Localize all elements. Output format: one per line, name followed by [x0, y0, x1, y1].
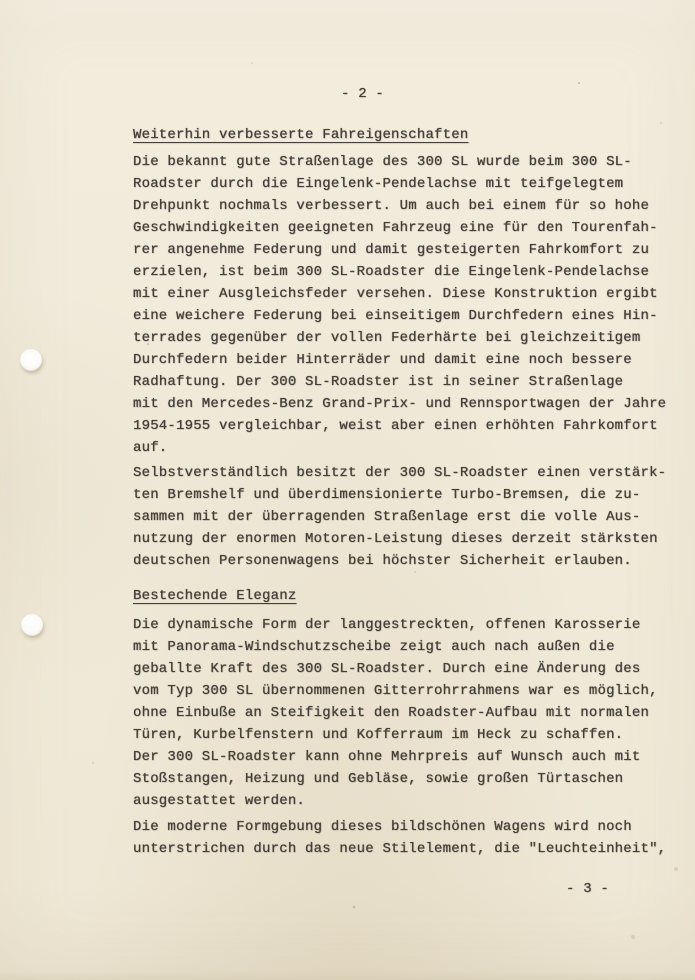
page-number-current: - 2 -	[341, 83, 384, 105]
section-heading-fahreigenschaften: Weiterhin verbesserte Fahreigenschaften	[133, 124, 689, 146]
hole-punch-top	[20, 349, 42, 371]
paragraph-strassenlage: Die bekannt gute Straßenlage des 300 SL …	[133, 151, 689, 459]
page-number-next: - 3 -	[566, 878, 609, 900]
paragraph-formgebung: Die moderne Formgebung dieses bildschöne…	[133, 816, 689, 860]
paragraph-karosserie: Die dynamische Form der langgestreckten,…	[133, 614, 689, 812]
scanned-document-page: - 2 - Weiterhin verbesserte Fahreigensch…	[0, 0, 695, 980]
section-heading-eleganz: Bestechende Eleganz	[133, 585, 689, 607]
hole-punch-bottom	[21, 614, 43, 636]
paragraph-bremsen: Selbstverständlich besitzt der 300 SL-Ro…	[133, 462, 689, 572]
paper-texture-specks	[0, 0, 2, 2]
